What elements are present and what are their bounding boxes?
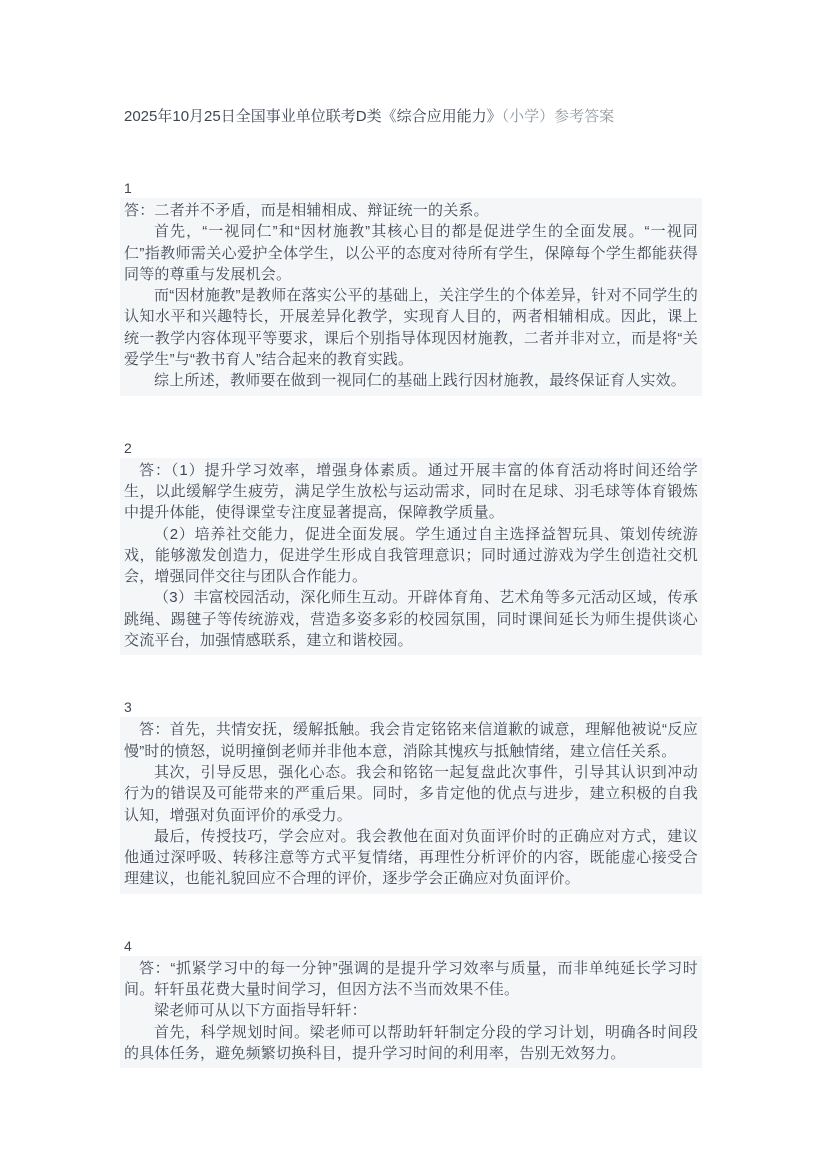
answer-block: 答：首先，共情安抚，缓解抵触。我会肯定铭铭来信道歉的诚意，理解他被说“反应慢”时… [120, 717, 702, 893]
answer-paragraph: 答：二者并不矛盾，而是相辅相成、辩证统一的关系。 [124, 200, 698, 221]
answer-block: 答：“抓紧学习中的每一分钟”强调的是提升学习效率与质量，而非单纯延长学习时间。轩… [120, 956, 702, 1068]
document-page: 2025年10月25日全国事业单位联考D类《综合应用能力》（小学）参考答案 1答… [120, 106, 702, 1068]
answer-paragraph: 答：“抓紧学习中的每一分钟”强调的是提升学习效率与质量，而非单纯延长学习时间。轩… [124, 958, 698, 1001]
question-number: 1 [124, 178, 702, 198]
answer-sections: 1答：二者并不矛盾，而是相辅相成、辩证统一的关系。首先，“一视同仁”和“因材施教… [120, 178, 702, 1068]
answer-paragraph: （3）丰富校园活动，深化师生互动。开辟体育角、艺术角等多元活动区域，传承跳绳、踢… [124, 587, 698, 651]
answer-block: 答：二者并不矛盾，而是相辅相成、辩证统一的关系。首先，“一视同仁”和“因材施教”… [120, 198, 702, 396]
page-title-main: 2025年10月25日全国事业单位联考D类《综合应用能力》 [124, 108, 502, 125]
answer-paragraph: 而“因材施教”是教师在落实公平的基础上，关注学生的个体差异，针对不同学生的认知水… [124, 285, 698, 370]
answer-paragraph: 首先，“一视同仁”和“因材施教”其核心目的都是促进学生的全面发展。“一视同仁”指… [124, 221, 698, 285]
answer-block: 答：（1）提升学习效率，增强身体素质。通过开展丰富的体育活动将时间还给学生，以此… [120, 458, 702, 656]
answer-section: 3答：首先，共情安抚，缓解抵触。我会肯定铭铭来信道歉的诚意，理解他被说“反应慢”… [120, 697, 702, 893]
answer-paragraph: （2）培养社交能力，促进全面发展。学生通过自主选择益智玩具、策划传统游戏，能够激… [124, 524, 698, 588]
answer-paragraph: 综上所述，教师要在做到一视同仁的基础上践行因材施教，最终保证育人实效。 [124, 370, 698, 391]
answer-paragraph: 答：（1）提升学习效率，增强身体素质。通过开展丰富的体育活动将时间还给学生，以此… [124, 460, 698, 524]
answer-section: 4答：“抓紧学习中的每一分钟”强调的是提升学习效率与质量，而非单纯延长学习时间。… [120, 936, 702, 1068]
page-title-suffix: （小学）参考答案 [502, 108, 615, 125]
answer-section: 1答：二者并不矛盾，而是相辅相成、辩证统一的关系。首先，“一视同仁”和“因材施教… [120, 178, 702, 396]
question-number: 2 [124, 438, 702, 458]
answer-paragraph: 最后，传授技巧，学会应对。我会教他在面对负面评价时的正确应对方式，建议他通过深呼… [124, 826, 698, 890]
page-title: 2025年10月25日全国事业单位联考D类《综合应用能力》（小学）参考答案 [124, 106, 702, 128]
answer-paragraph: 首先，科学规划时间。梁老师可以帮助轩轩制定分段的学习计划，明确各时间段的具体任务… [124, 1022, 698, 1065]
question-number: 3 [124, 697, 702, 717]
answer-section: 2答：（1）提升学习效率，增强身体素质。通过开展丰富的体育活动将时间还给学生，以… [120, 438, 702, 656]
answer-paragraph: 其次，引导反思，强化心态。我会和铭铭一起复盘此次事件，引导其认识到冲动行为的错误… [124, 762, 698, 826]
question-number: 4 [124, 936, 702, 956]
answer-paragraph: 梁老师可从以下方面指导轩轩： [124, 1000, 698, 1021]
answer-paragraph: 答：首先，共情安抚，缓解抵触。我会肯定铭铭来信道歉的诚意，理解他被说“反应慢”时… [124, 719, 698, 762]
